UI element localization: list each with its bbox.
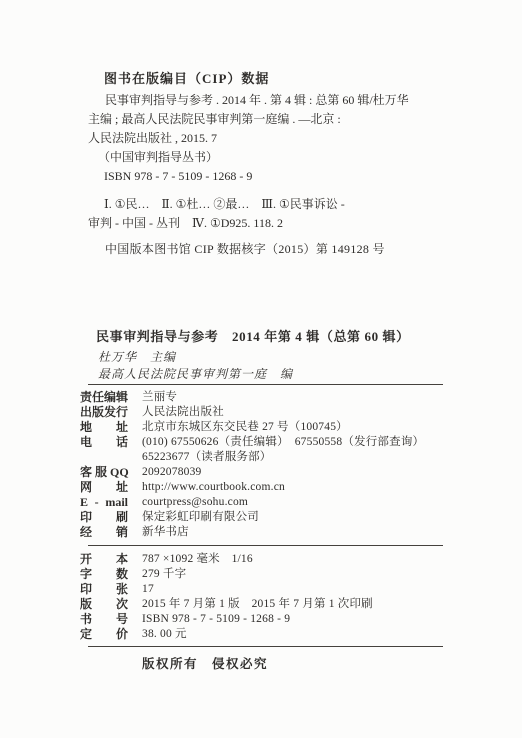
info-value: 2092078039 [142, 465, 202, 480]
divider-rule-top [88, 384, 443, 385]
cip-isbn-line: ISBN 978 - 7 - 5109 - 1268 - 9 [88, 167, 409, 186]
info-row-format: 开 本787 ×1092 毫米 1/16 [80, 552, 373, 567]
book-title: 民事审判指导与参考 2014 年第 4 辑（总第 60 辑） [96, 326, 410, 345]
info-value: 17 [142, 582, 154, 597]
chief-editor-line: 杜万华 主编 [98, 348, 176, 365]
divider-rule-bottom [88, 646, 443, 647]
info-value-email: courtpress@sohu.com [142, 495, 248, 510]
info-value: 保定彩虹印刷有限公司 [142, 510, 259, 525]
info-row-phone: 电 话(010) 67550626（责任编辑） 67550558（发行部查询） [80, 435, 424, 450]
info-row-phone-cont: 65223677（读者服务部） [80, 450, 424, 465]
info-value: (010) 67550626（责任编辑） 67550558（发行部查询） [142, 435, 424, 450]
cip-classification: Ⅰ. ①民… Ⅱ. ①杜… ②最… Ⅲ. ①民事诉讼 - 审判 - 中国 - 丛… [88, 195, 345, 232]
info-row-word-count: 字 数279 千字 [80, 567, 373, 582]
info-row-service-qq: 客 服 QQ2092078039 [80, 465, 424, 480]
info-value: 65223677（读者服务部） [142, 450, 272, 465]
info-label: 电 话 [80, 435, 128, 450]
info-label: E - mail [80, 495, 128, 510]
cip-series-line: （中国审判指导丛书） [88, 148, 409, 167]
info-label: 版 次 [80, 597, 128, 612]
info-label: 定 价 [80, 627, 128, 642]
info-row-isbn: 书 号ISBN 978 - 7 - 5109 - 1268 - 9 [80, 612, 373, 627]
info-row-distributor: 经 销新华书店 [80, 525, 424, 540]
info-value: 北京市东城区东交民巷 27 号（100745） [142, 420, 348, 435]
info-row-printer: 印 刷保定彩虹印刷有限公司 [80, 510, 424, 525]
print-info-table: 开 本787 ×1092 毫米 1/16 字 数279 千字 印 张17 版 次… [80, 552, 373, 642]
info-value: ISBN 978 - 7 - 5109 - 1268 - 9 [142, 612, 290, 627]
info-value: 2015 年 7 月第 1 版 2015 年 7 月第 1 次印刷 [142, 597, 373, 612]
info-value: 人民法院出版社 [142, 405, 224, 420]
info-label: 网 址 [80, 480, 128, 495]
info-label: 责任编辑 [80, 390, 128, 405]
info-value: 279 千字 [142, 567, 186, 582]
info-row-price: 定 价38. 00 元 [80, 627, 373, 642]
info-label: 开 本 [80, 552, 128, 567]
info-label: 字 数 [80, 567, 128, 582]
publication-info-table: 责任编辑兰丽专 出版发行人民法院出版社 地 址北京市东城区东交民巷 27 号（1… [80, 390, 424, 540]
info-row-responsible-editor: 责任编辑兰丽专 [80, 390, 424, 405]
info-value: 787 ×1092 毫米 1/16 [142, 552, 253, 567]
cip-description: 民事审判指导与参考 . 2014 年 . 第 4 辑 : 总第 60 辑/杜万华… [88, 91, 409, 186]
info-label: 印 张 [80, 582, 128, 597]
info-value-url: http://www.courtbook.com.cn [142, 480, 285, 495]
info-label: 客 服 QQ [80, 465, 128, 480]
info-row-address: 地 址北京市东城区东交民巷 27 号（100745） [80, 420, 424, 435]
info-label: 经 销 [80, 525, 128, 540]
info-value: 兰丽专 [142, 390, 177, 405]
info-label: 书 号 [80, 612, 128, 627]
cip-description-line: 民事审判指导与参考 . 2014 年 . 第 4 辑 : 总第 60 辑/杜万华 [88, 91, 409, 110]
cip-description-line: 主编 ; 最高人民法院民事审判第一庭编 . —北京 : [88, 110, 409, 129]
copyright-notice: 版权所有 侵权必究 [142, 654, 268, 672]
info-value: 新华书店 [142, 525, 189, 540]
info-row-website: 网 址http://www.courtbook.com.cn [80, 480, 424, 495]
cip-classification-line: Ⅰ. ①民… Ⅱ. ①杜… ②最… Ⅲ. ①民事诉讼 - [88, 195, 345, 214]
info-row-edition: 版 次2015 年 7 月第 1 版 2015 年 7 月第 1 次印刷 [80, 597, 373, 612]
cip-classification-line: 审判 - 中国 - 丛刊 Ⅳ. ①D925. 118. 2 [88, 214, 345, 233]
divider-rule-middle [88, 545, 443, 546]
cip-description-line: 人民法院出版社 , 2015. 7 [88, 129, 409, 148]
info-row-publisher: 出版发行人民法院出版社 [80, 405, 424, 420]
cip-record-number: 中国版本图书馆 CIP 数据核字（2015）第 149128 号 [105, 240, 385, 257]
editing-org-line: 最高人民法院民事审判第一庭 编 [98, 365, 293, 382]
info-row-email: E - mailcourtpress@sohu.com [80, 495, 424, 510]
info-label: 地 址 [80, 420, 128, 435]
cip-heading: 图书在版编目（CIP）数据 [104, 68, 269, 87]
info-label: 印 刷 [80, 510, 128, 525]
info-label: 出版发行 [80, 405, 128, 420]
info-value: 38. 00 元 [142, 627, 187, 642]
info-row-sheets: 印 张17 [80, 582, 373, 597]
book-copyright-page: 图书在版编目（CIP）数据 民事审判指导与参考 . 2014 年 . 第 4 辑… [0, 0, 522, 738]
